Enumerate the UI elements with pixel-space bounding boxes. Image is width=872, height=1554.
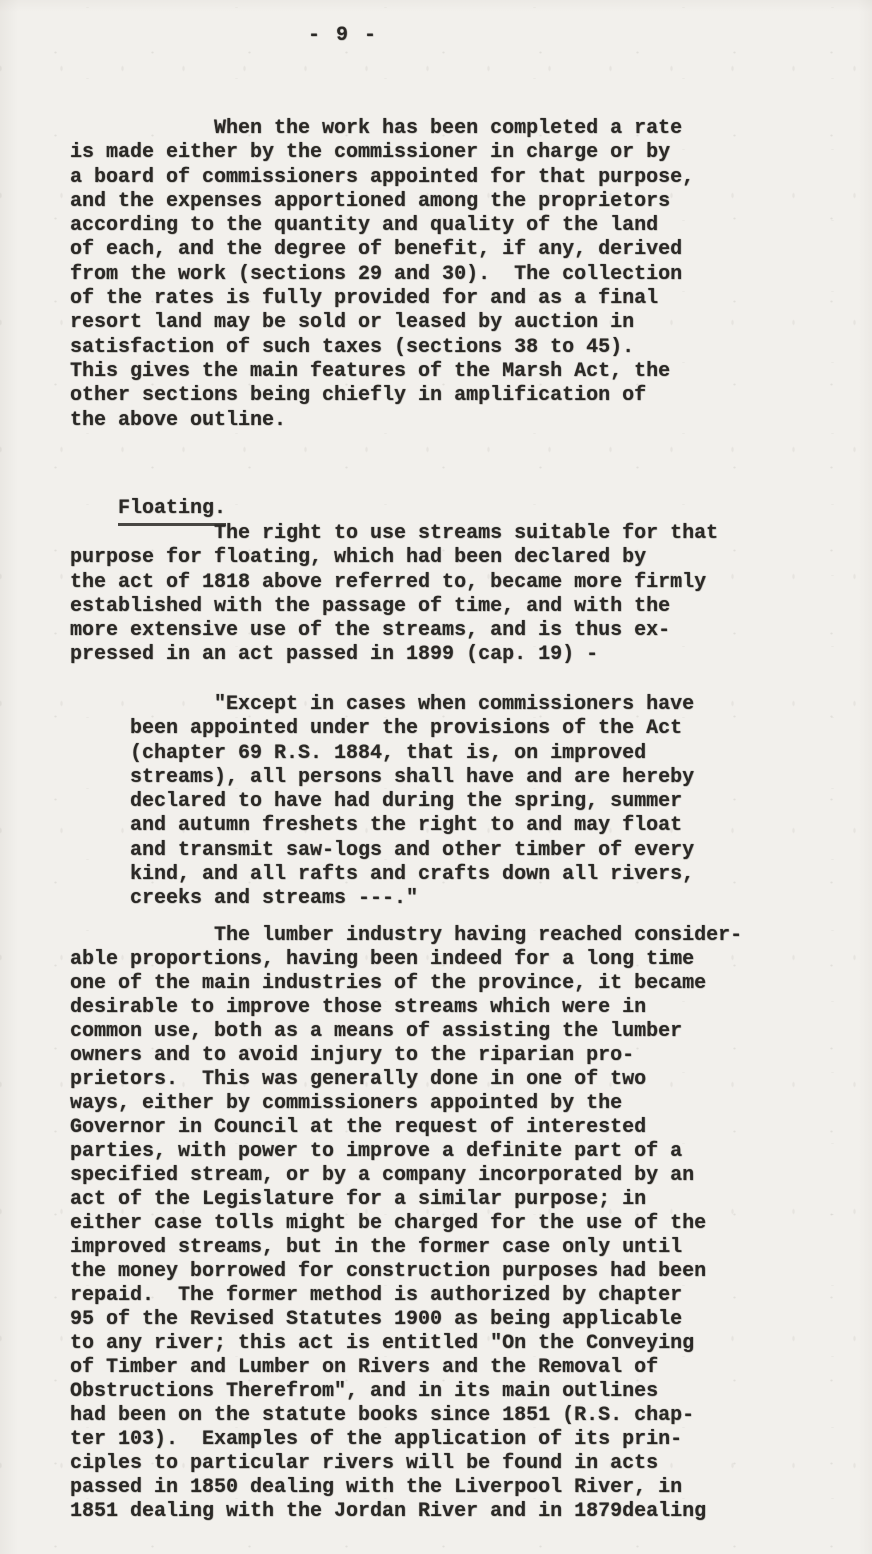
paragraph-marsh-act: When the work has been completed a rate … — [70, 117, 694, 433]
statute-quotation: "Except in cases when commissioners have… — [130, 693, 694, 912]
page-number: - 9 - — [308, 24, 378, 48]
paragraph-floating-intro: The right to use streams suitable for th… — [70, 522, 718, 668]
document-page: - 9 - When the work has been completed a… — [0, 0, 872, 1554]
paragraph-lumber-industry: The lumber industry having reached consi… — [70, 924, 742, 1524]
